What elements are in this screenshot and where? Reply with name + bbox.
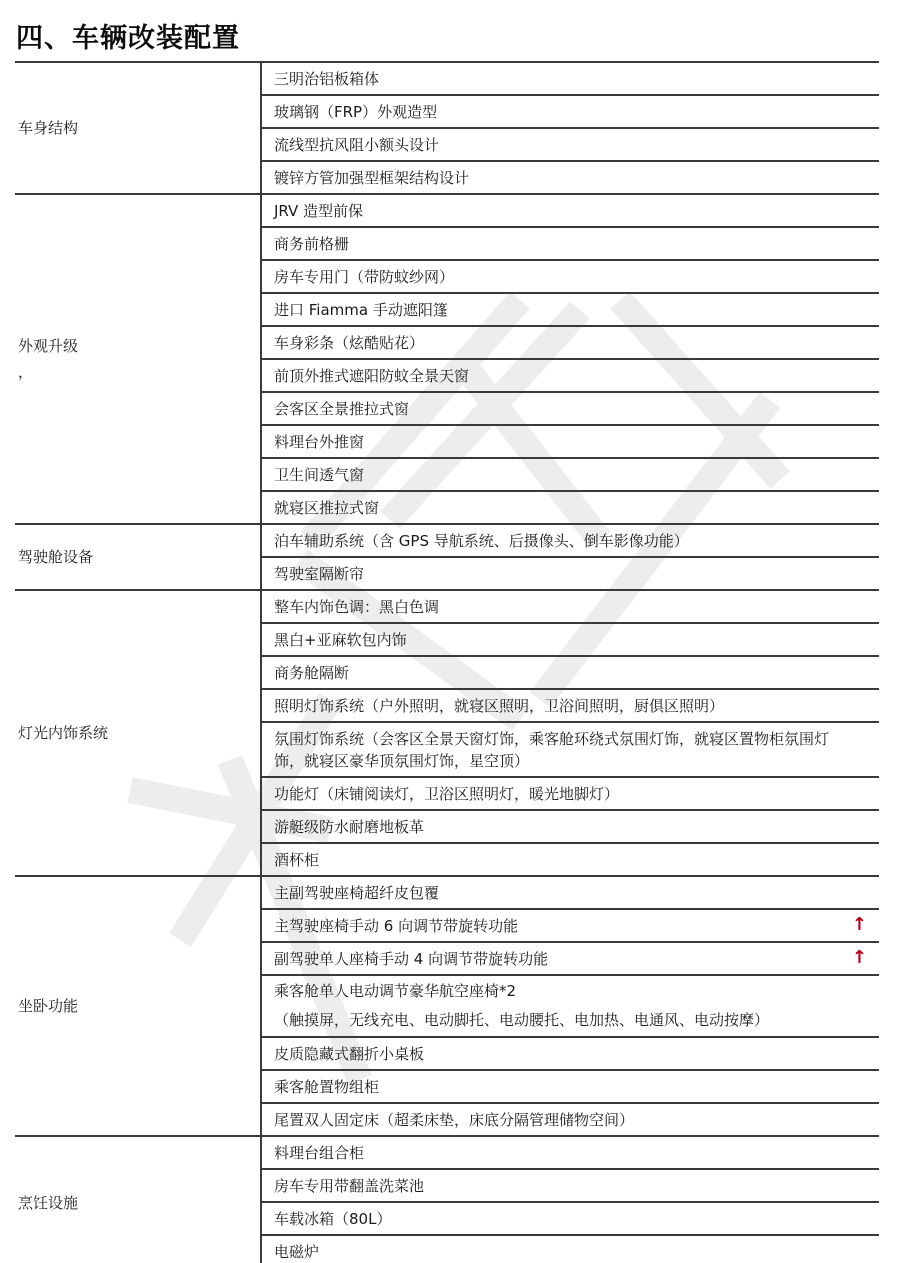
item-cell: 三明治铝板箱体 [261, 62, 879, 95]
item-cell: 主驾驶座椅手动 6 向调节带旋转功能 ↑ [261, 909, 879, 942]
item-cell: 电磁炉 [261, 1235, 879, 1263]
item-cell: 料理台组合柜 [261, 1136, 879, 1169]
item-cell: 商务前格栅 [261, 227, 879, 260]
item-cell: 皮质隐藏式翻折小桌板 [261, 1037, 879, 1070]
item-cell: 副驾驶单人座椅手动 4 向调节带旋转功能 ↑ [261, 942, 879, 975]
item-cell: 进口 Fiamma 手动遮阳篷 [261, 293, 879, 326]
item-subtext: （触摸屏，无线充电、电动脚托、电动腰托、电加热、电通风、电动按摩） [274, 1006, 839, 1035]
vehicle-config-table: 车身结构 三明治铝板箱体 玻璃钢（FRP）外观造型 流线型抗风阻小额头设计 镀锌… [15, 61, 879, 1263]
item-cell: 流线型抗风阻小额头设计 [261, 128, 879, 161]
category-extra: ， [18, 361, 260, 383]
item-cell: 前顶外推式遮阳防蚊全景天窗 [261, 359, 879, 392]
category-label: 烹饪设施 [18, 1192, 260, 1214]
item-text: 副驾驶单人座椅手动 4 向调节带旋转功能 [274, 950, 548, 968]
category-label: 灯光内饰系统 [18, 722, 260, 744]
item-cell: 会客区全景推拉式窗 [261, 392, 879, 425]
table-row: 坐卧功能 主副驾驶座椅超纤皮包覆 [15, 876, 879, 909]
item-cell: JRV 造型前保 [261, 194, 879, 227]
category-label: 坐卧功能 [18, 995, 260, 1017]
item-cell: 酒杯柜 [261, 843, 879, 876]
up-arrow-icon: ↑ [852, 947, 867, 969]
item-cell: 黑白+亚麻软包内饰 [261, 623, 879, 656]
table-row: 车身结构 三明治铝板箱体 [15, 62, 879, 95]
item-cell: 车载冰箱（80L） [261, 1202, 879, 1235]
item-text: 乘客舱单人电动调节豪华航空座椅*2 [274, 977, 839, 1006]
table-row: 驾驶舱设备 泊车辅助系统（含 GPS 导航系统、后摄像头、倒车影像功能） [15, 524, 879, 557]
section-title: 四、车辆改装配置 [16, 16, 240, 55]
item-cell: 商务舱隔断 [261, 656, 879, 689]
item-cell: 玻璃钢（FRP）外观造型 [261, 95, 879, 128]
item-cell: 主副驾驶座椅超纤皮包覆 [261, 876, 879, 909]
item-cell: 泊车辅助系统（含 GPS 导航系统、后摄像头、倒车影像功能） [261, 524, 879, 557]
up-arrow-icon: ↑ [852, 914, 867, 936]
table-row: 外观升级 ， JRV 造型前保 [15, 194, 879, 227]
item-cell: 房车专用带翻盖洗菜池 [261, 1169, 879, 1202]
item-cell: 整车内饰色调：黑白色调 [261, 590, 879, 623]
category-label: 驾驶舱设备 [18, 546, 260, 568]
item-cell: 照明灯饰系统（户外照明，就寝区照明，卫浴间照明，厨俱区照明） [261, 689, 879, 722]
table-row: 烹饪设施 料理台组合柜 [15, 1136, 879, 1169]
item-cell: 就寝区推拉式窗 [261, 491, 879, 524]
category-cell: 车身结构 [15, 62, 261, 194]
item-cell: 氛围灯饰系统（会客区全景天窗灯饰，乘客舱环绕式氛围灯饰，就寝区置物柜氛围灯饰，就… [261, 722, 879, 777]
item-cell: 镀锌方管加强型框架结构设计 [261, 161, 879, 194]
item-cell: 卫生间透气窗 [261, 458, 879, 491]
item-cell: 房车专用门（带防蚊纱网） [261, 260, 879, 293]
category-cell: 驾驶舱设备 [15, 524, 261, 590]
table-row: 灯光内饰系统 整车内饰色调：黑白色调 [15, 590, 879, 623]
item-cell: 驾驶室隔断帘 [261, 557, 879, 590]
item-cell: 功能灯（床铺阅读灯，卫浴区照明灯，暖光地脚灯） [261, 777, 879, 810]
category-label: 外观升级 [18, 335, 260, 357]
category-label: 车身结构 [18, 117, 260, 139]
category-cell: 外观升级 ， [15, 194, 261, 524]
item-cell: 游艇级防水耐磨地板革 [261, 810, 879, 843]
item-cell: 料理台外推窗 [261, 425, 879, 458]
item-cell: 乘客舱置物组柜 [261, 1070, 879, 1103]
category-cell: 灯光内饰系统 [15, 590, 261, 876]
item-cell: 车身彩条（炫酷贴花） [261, 326, 879, 359]
category-cell: 坐卧功能 [15, 876, 261, 1136]
item-text: 主驾驶座椅手动 6 向调节带旋转功能 [274, 917, 518, 935]
category-cell: 烹饪设施 [15, 1136, 261, 1263]
item-cell: 乘客舱单人电动调节豪华航空座椅*2 （触摸屏，无线充电、电动脚托、电动腰托、电加… [261, 975, 879, 1037]
item-cell: 尾置双人固定床（超柔床垫，床底分隔管理储物空间） [261, 1103, 879, 1136]
